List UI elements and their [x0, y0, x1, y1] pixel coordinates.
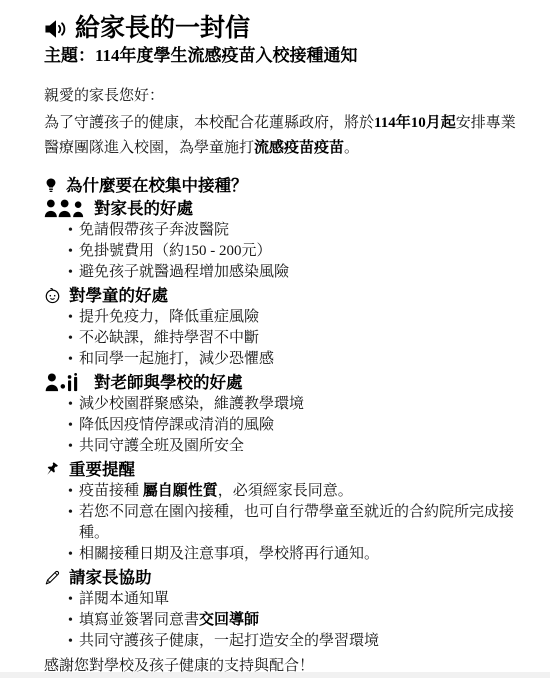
- bullet-item: 提升免疫力，降低重症風險: [66, 307, 522, 328]
- section-heading-teachers: 對老師與學校的好處: [44, 372, 522, 393]
- page-title: 給家長的一封信: [75, 14, 250, 44]
- intro-text: 為了守護孩子的健康，本校配合花蓮縣政府，將於: [44, 115, 374, 131]
- page-bottom-edge: [0, 672, 550, 678]
- intro-bold-date: 114年10月起: [374, 115, 456, 131]
- intro-bold-vaccine: 流感疫苗疫苗: [254, 140, 344, 156]
- bullet-item: 共同守護孩子健康，一起打造安全的學習環境: [66, 631, 522, 652]
- section-heading-label: 對老師與學校的好處: [94, 372, 243, 393]
- bullet-text: 相關接種日期及注意事項，學校將再行通知。: [79, 546, 379, 562]
- bullet-item: 不必缺課，維持學習不中斷: [66, 328, 522, 349]
- bullet-item: 若您不同意在園內接種，也可自行帶學童至就近的合約院所完成接種。: [66, 502, 522, 544]
- question-heading: 為什麼要在校集中接種？: [44, 175, 522, 196]
- baby-face-icon: [44, 287, 61, 304]
- bullet-bold-text: 屬自願性質: [143, 483, 218, 499]
- bullet-item: 詳閱本通知單: [66, 589, 522, 610]
- intro-paragraph: 為了守護孩子的健康，本校配合花蓮縣政府，將於114年10月起安排專業醫療團隊進入…: [44, 111, 522, 161]
- speaker-icon: [44, 18, 68, 40]
- question-heading-label: 為什麼要在校集中接種？: [66, 175, 248, 196]
- bullet-text: 詳閱本通知單: [79, 591, 169, 607]
- bullet-item: 共同守護全班及園所安全: [66, 436, 522, 457]
- bullet-item: 填寫並簽署同意書交回導師: [66, 610, 522, 631]
- bullet-item: 降低因疫情停課或清消的風險: [66, 415, 522, 436]
- subject-line: 主題：114年度學生流感疫苗入校接種通知: [44, 44, 522, 67]
- pushpin-icon: [44, 461, 61, 478]
- page-title-row: 給家長的一封信: [44, 14, 522, 44]
- bullet-list-assistance: 詳閱本通知單 填寫並簽署同意書交回導師 共同守護孩子健康，一起打造安全的學習環境: [44, 589, 522, 652]
- section-heading-label: 對家長的好處: [94, 198, 193, 219]
- section-heading-parents: 對家長的好處: [44, 198, 522, 219]
- bullet-text: 若您不同意在園內接種，也可自行帶學童至就近的合約院所完成接種。: [79, 504, 514, 541]
- family-icon: [44, 199, 86, 218]
- bullet-item: 免掛號費用（約150 - 200元）: [66, 241, 522, 262]
- bullet-text: ，必須經家長同意。: [218, 483, 353, 499]
- bullet-item: 疫苗接種 屬自願性質，必須經家長同意。: [66, 481, 522, 502]
- bullet-bold-text: 交回導師: [199, 612, 259, 628]
- bullet-list-reminders: 疫苗接種 屬自願性質，必須經家長同意。 若您不同意在園內接種，也可自行帶學童至就…: [44, 481, 522, 565]
- bullet-list-teachers: 減少校園群聚感染，維護教學環境 降低因疫情停課或清消的風險 共同守護全班及園所安…: [44, 394, 522, 457]
- parent-letter-page: 給家長的一封信 主題：114年度學生流感疫苗入校接種通知 親愛的家長您好： 為了…: [0, 0, 550, 678]
- section-heading-assistance: 請家長協助: [44, 567, 522, 588]
- bullet-text: 填寫並簽署同意書: [79, 612, 199, 628]
- bullet-list-students: 提升免疫力，降低重症風險 不必缺課，維持學習不中斷 和同學一起施打，減少恐懼感: [44, 307, 522, 370]
- bullet-item: 相關接種日期及注意事項，學校將再行通知。: [66, 544, 522, 565]
- section-heading-reminders: 重要提醒: [44, 459, 522, 480]
- teacher-icon: [44, 373, 86, 392]
- bullet-list-parents: 免請假帶孩子奔波醫院 免掛號費用（約150 - 200元） 避免孩子就醫過程增加…: [44, 220, 522, 283]
- section-heading-students: 對學童的好處: [44, 285, 522, 306]
- greeting-line: 親愛的家長您好：: [44, 86, 522, 107]
- lightbulb-icon: [44, 177, 58, 194]
- bullet-item: 和同學一起施打，減少恐懼感: [66, 349, 522, 370]
- intro-text: 。: [344, 140, 359, 156]
- section-heading-label: 請家長協助: [69, 567, 152, 588]
- bullet-item: 避免孩子就醫過程增加感染風險: [66, 262, 522, 283]
- section-heading-label: 重要提醒: [69, 459, 135, 480]
- section-heading-label: 對學童的好處: [69, 285, 168, 306]
- bullet-text: 疫苗接種: [79, 483, 143, 499]
- bullet-text: 共同守護孩子健康，一起打造安全的學習環境: [79, 633, 379, 649]
- bullet-item: 減少校園群聚感染，維護教學環境: [66, 394, 522, 415]
- bullet-item: 免請假帶孩子奔波醫院: [66, 220, 522, 241]
- pencil-icon: [44, 569, 61, 586]
